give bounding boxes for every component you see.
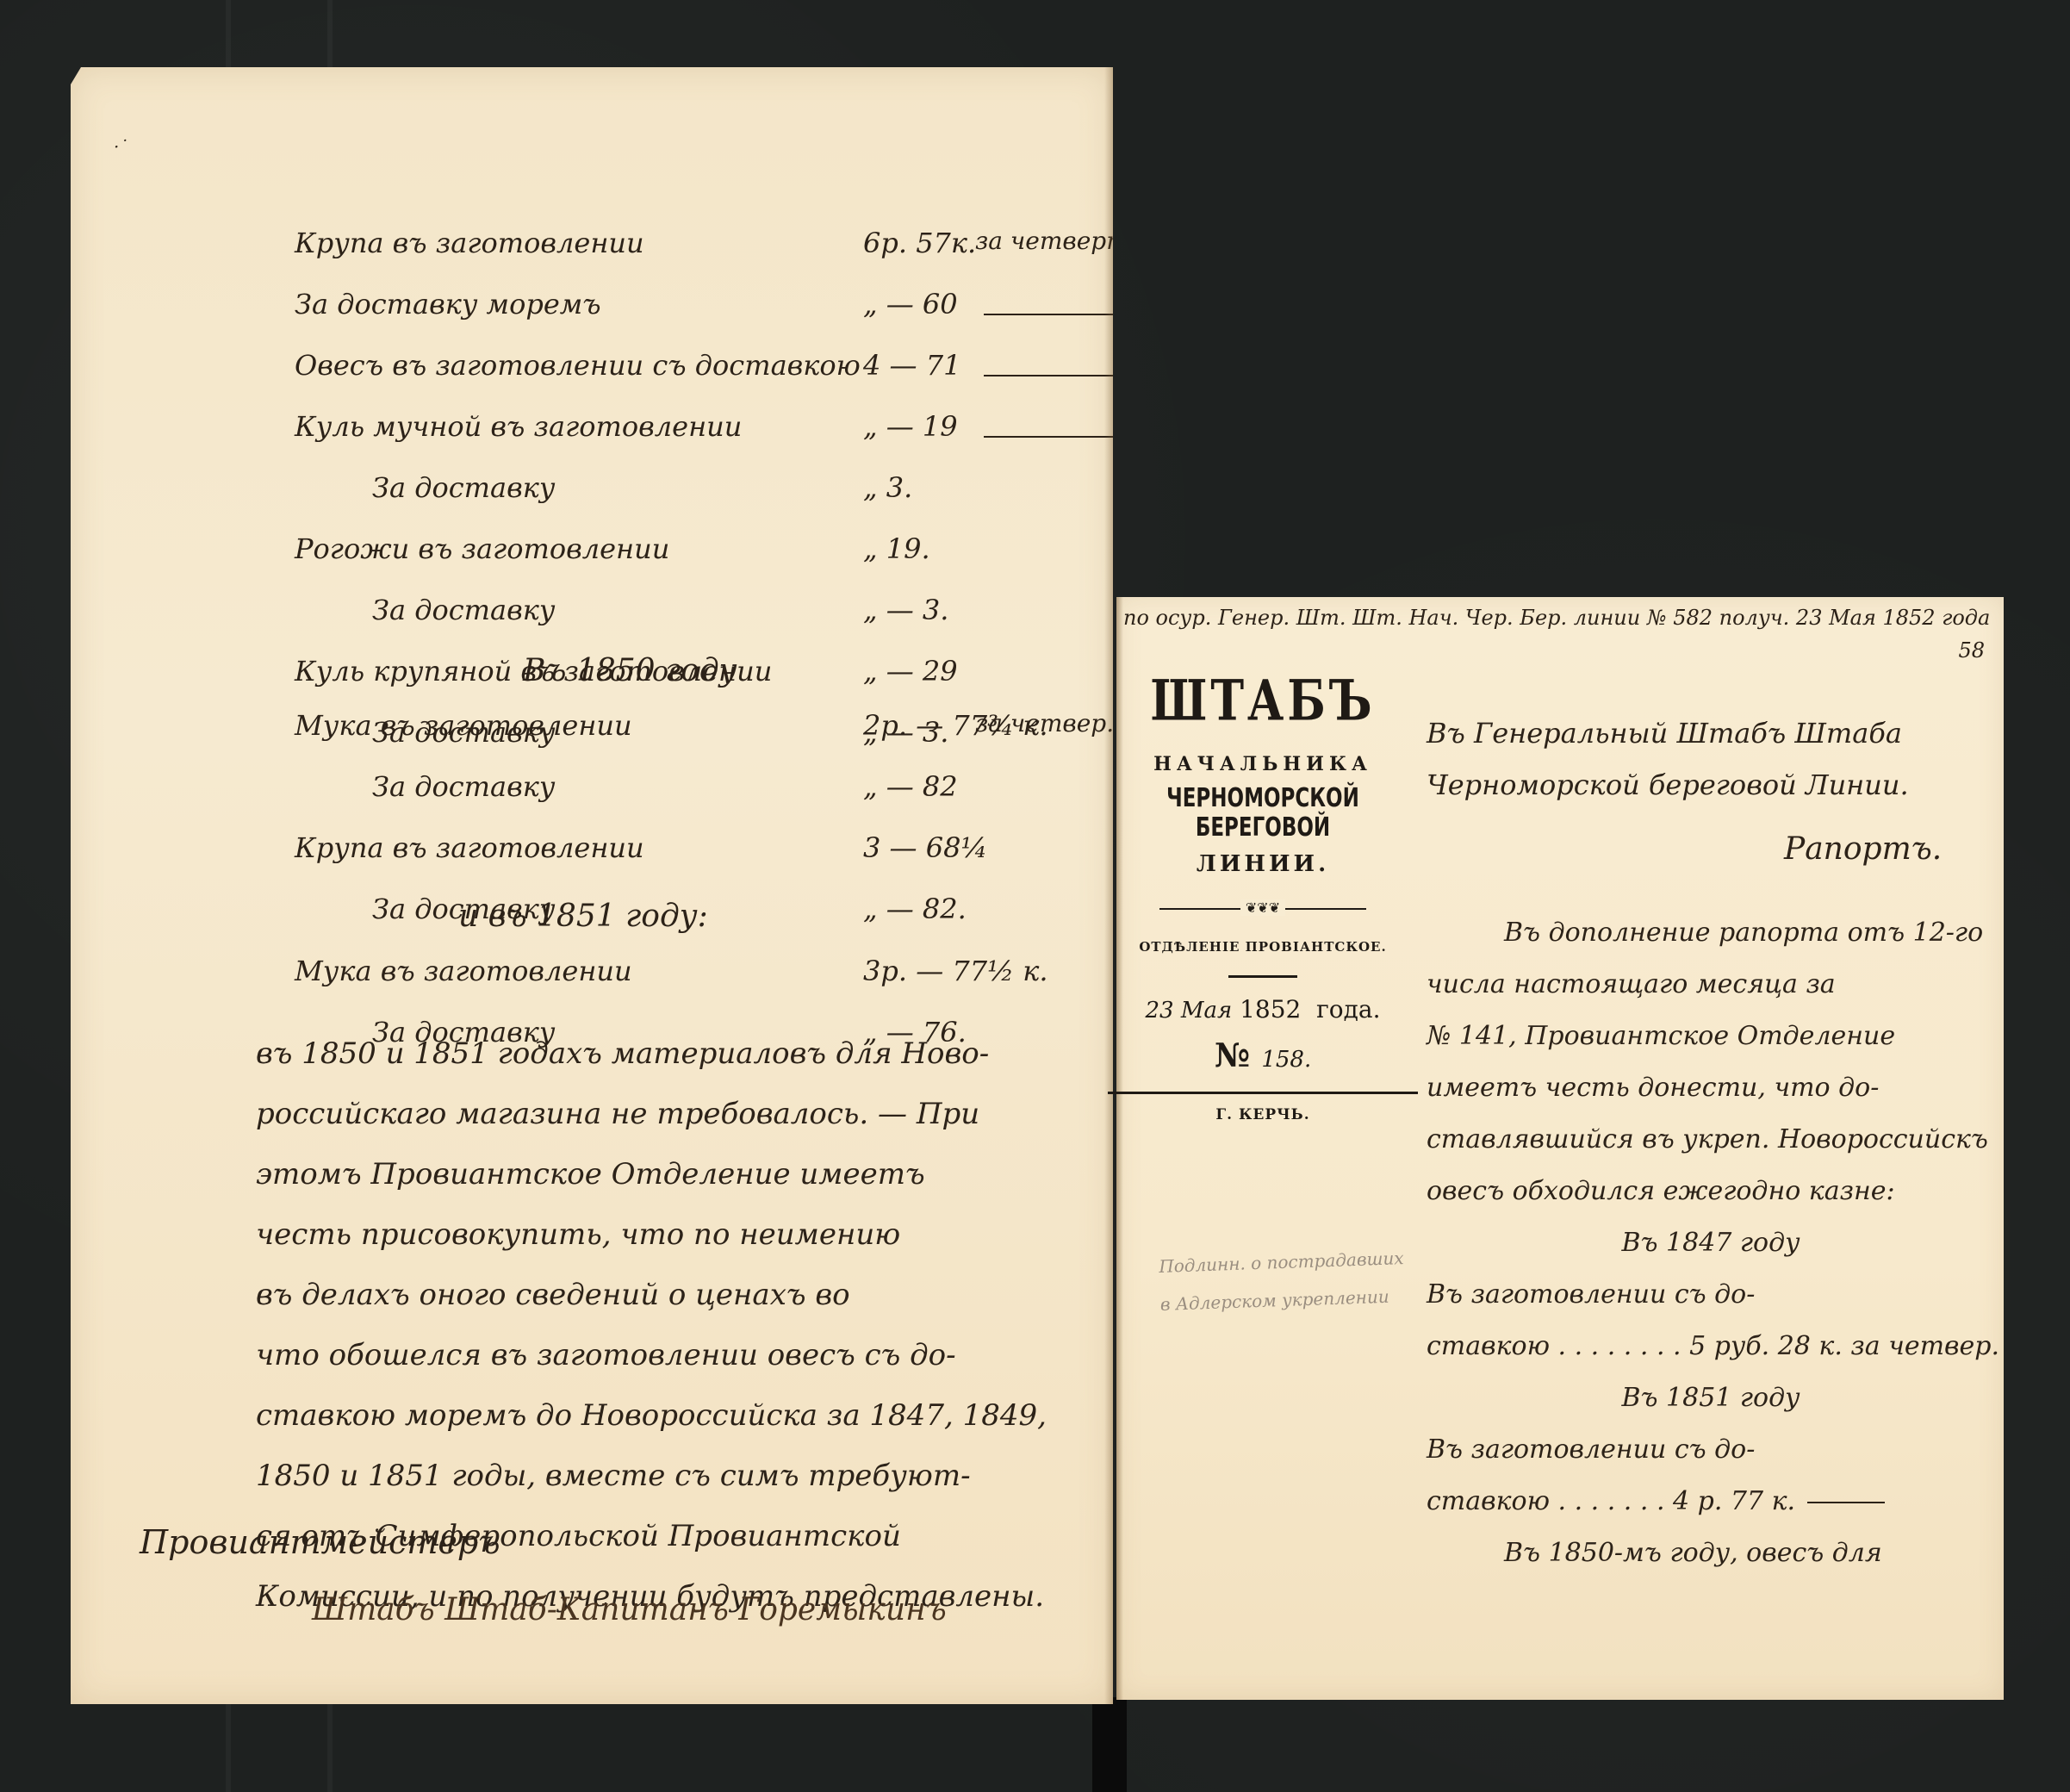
item-price: 6р. 57к. <box>863 227 976 259</box>
left-page: ·˙ Крупа въ заготовлении6р. 57к.за четве… <box>71 67 1113 1704</box>
item-label: Куль мучной въ заготовлении <box>295 410 742 443</box>
body-line-text: ставкою . . . . . . . 4 р. 77 к. <box>1427 1486 1795 1516</box>
item-price: „ — 82 <box>863 770 958 803</box>
paragraph-line: честь присовокупить, что по неимению <box>256 1204 1117 1265</box>
item-price: 3 — 68¼ <box>863 831 987 864</box>
body-line: Въ дополнение рапорта отъ 12-го <box>1427 907 1995 959</box>
body-line-text: ставкою . . . . . . . . 5 руб. 28 к. за … <box>1427 1331 1999 1361</box>
heading-1851: и въ 1851 году: <box>458 899 708 934</box>
pencil-note-line: в Адлерском укреплении <box>1159 1277 1406 1323</box>
body-line: Въ 1851 году <box>1427 1372 1995 1424</box>
document-type: Рапортъ. <box>1784 831 1942 867</box>
item-label: За доставку моремъ <box>295 288 601 320</box>
divider <box>1228 975 1297 978</box>
body-line: ставкою . . . . . . . . 5 руб. 28 к. за … <box>1427 1321 1995 1372</box>
item-label: За доставку <box>372 594 555 626</box>
item-price: 3р. — 77½ к. <box>863 955 1048 987</box>
letterhead-line-3: ЛИНИИ. <box>1134 851 1392 877</box>
price-row: Крупа въ заготовлении6р. 57к.за четверть <box>295 227 1156 270</box>
fill-line <box>984 375 1173 376</box>
item-price: 4 — 71 <box>863 349 960 382</box>
body-line: ставкою . . . . . . . 4 р. 77 к. <box>1427 1476 1995 1528</box>
letterhead-line-1: НАЧАЛЬНИКА <box>1134 753 1392 775</box>
item-price: „ — 82. <box>863 893 967 925</box>
number-sign: № <box>1215 1036 1250 1074</box>
body-line-text: Въ дополнение рапорта отъ 12-го <box>1504 918 1983 948</box>
body-line-text: числа настоящаго месяца за <box>1427 969 1836 999</box>
item-label: За доставку <box>372 770 555 803</box>
ornament-icon: ❦❦❦ <box>1240 899 1285 916</box>
price-row: Крупа въ заготовлении3 — 68¼ <box>295 831 1156 874</box>
ornament-divider: ❦❦❦ <box>1159 903 1366 915</box>
binding-gap <box>1092 1697 1127 1792</box>
signature: Штабъ Штаб-Капитанъ Горемыкинъ <box>312 1592 947 1627</box>
price-row: Рогожи въ заготовлении„ 19. <box>295 532 1156 576</box>
right-body-text: Въ дополнение рапорта отъ 12-гочисла нас… <box>1427 907 1995 1579</box>
item-unit: за четвер. <box>975 709 1114 737</box>
paragraph-line: что обошелся въ заготовлении овесъ съ до… <box>256 1325 1117 1385</box>
item-label: Мука въ заготовлении <box>295 709 632 742</box>
paragraph-line: въ делахъ оного сведений о ценахъ во <box>256 1265 1117 1325</box>
item-price: „ 3. <box>863 471 912 504</box>
addressee-line: Черноморской береговой Линии. <box>1427 759 1909 811</box>
body-line-text: № 141, Провиантское Отделение <box>1427 1021 1895 1051</box>
fill-line <box>984 314 1173 315</box>
letterhead-title: ШТАБЪ <box>1134 668 1392 733</box>
registration-note: по осур. Генер. Шт. Шт. Нач. Чер. Бер. л… <box>1123 606 1990 630</box>
item-label: Рогожи въ заготовлении <box>295 532 669 565</box>
paragraph-line: этомъ Провиантское Отделение имеетъ <box>256 1144 1117 1204</box>
heading-1850: Въ 1850 году <box>523 653 737 688</box>
paragraph-line: 1850 и 1851 годы, вместе съ симъ требуют… <box>256 1446 1117 1506</box>
fill-line <box>1807 1502 1885 1503</box>
paragraph-line: въ 1850 и 1851 годахъ материаловъ для Но… <box>256 1024 1117 1084</box>
date-day-month: 23 Мая <box>1145 998 1232 1024</box>
date-suffix: года. <box>1316 995 1380 1024</box>
price-row: Мука въ заготовлении2р. — 77¾ к.за четве… <box>295 709 1156 752</box>
letterhead: ШТАБЪ НАЧАЛЬНИКА ЧЕРНОМОРСКОЙ БЕРЕГОВОЙ … <box>1134 666 1392 1123</box>
date-year: 1852 <box>1240 995 1301 1024</box>
item-label: Овесъ въ заготовлении съ доставкою <box>295 349 861 382</box>
body-line: Въ заготовлении съ до- <box>1427 1424 1995 1476</box>
price-row: Мука въ заготовлении3р. — 77½ к. <box>295 955 1156 998</box>
city: Г. КЕРЧЬ. <box>1134 1106 1392 1123</box>
item-price: „ — 19 <box>863 410 958 443</box>
body-line: имеетъ честь донести, что до- <box>1427 1062 1995 1114</box>
item-price: „ — 29 <box>863 655 958 688</box>
item-price: „ — 60 <box>863 288 958 320</box>
body-line-text: Въ 1850-мъ году, овесъ для <box>1504 1538 1882 1568</box>
price-row: За доставку„ — 82 <box>295 770 1156 813</box>
body-line: Въ 1850-мъ году, овесъ для <box>1427 1528 1995 1579</box>
fill-line <box>984 436 1173 438</box>
body-line: Въ 1847 году <box>1427 1217 1995 1269</box>
body-line-text: имеетъ честь донести, что до- <box>1427 1073 1879 1103</box>
document-date: 23 Мая 1852 года. <box>1134 995 1392 1024</box>
letterhead-line-2: ЧЕРНОМОРСКОЙ БЕРЕГОВОЙ <box>1134 784 1392 843</box>
price-row: За доставку моремъ„ — 60 <box>295 288 1156 331</box>
paragraph-line: российскаго магазина не требовалось. — П… <box>256 1084 1117 1144</box>
item-unit: за четверть <box>975 227 1142 255</box>
item-label: Мука въ заготовлении <box>295 955 632 987</box>
price-row: За доставку„ — 3. <box>295 594 1156 637</box>
number-value: 158. <box>1261 1047 1311 1073</box>
body-line: Въ заготовлении съ до- <box>1427 1269 1995 1321</box>
item-label: За доставку <box>372 471 555 504</box>
body-line-text: Въ заготовлении съ до- <box>1427 1434 1755 1465</box>
body-line: ставлявшийся въ укреп. Новороссийскъ <box>1427 1114 1995 1166</box>
price-row: Куль мучной въ заготовлении„ — 19 <box>295 410 1156 453</box>
signature-title: Провиантмейстеръ <box>140 1523 500 1561</box>
body-line-text: Въ заготовлении съ до- <box>1427 1279 1755 1310</box>
price-row: За доставку„ 3. <box>295 471 1156 514</box>
paragraph-line: ставкою моремъ до Новороссийска за 1847,… <box>256 1385 1117 1446</box>
item-label: Крупа въ заготовлении <box>295 831 644 864</box>
body-line: числа настоящаго месяца за <box>1427 959 1995 1011</box>
document-number: № 158. <box>1134 1036 1392 1074</box>
body-line-text: Въ 1851 году <box>1621 1383 1800 1413</box>
stain-mark: ·˙ <box>114 136 127 157</box>
folio-number: 58 <box>1958 638 1985 663</box>
addressee-line: Въ Генеральный Штабъ Штаба <box>1427 707 1909 759</box>
body-line-text: овесъ обходился ежегодно казне: <box>1427 1176 1895 1206</box>
department-name: ОТДѢЛЕНIЕ ПРОВIАНТСКОЕ. <box>1134 939 1392 955</box>
body-line: овесъ обходился ежегодно казне: <box>1427 1166 1995 1217</box>
addressee: Въ Генеральный Штабъ Штаба Черноморской … <box>1427 707 1909 811</box>
item-price: „ — 3. <box>863 594 948 626</box>
item-label: Крупа въ заготовлении <box>295 227 644 259</box>
body-line-text: Въ 1847 году <box>1621 1228 1800 1258</box>
pencil-marginal-note: Подлинн. о пострадавших в Адлерском укре… <box>1159 1239 1406 1323</box>
divider <box>1108 1092 1418 1094</box>
body-line: № 141, Провиантское Отделение <box>1427 1011 1995 1062</box>
price-row: Овесъ въ заготовлении съ доставкою4 — 71 <box>295 349 1156 392</box>
item-price: „ 19. <box>863 532 930 565</box>
right-page: по осур. Генер. Шт. Шт. Нач. Чер. Бер. л… <box>1116 597 2004 1700</box>
price-row: За доставку„ — 82. <box>295 893 1156 936</box>
body-line-text: ставлявшийся въ укреп. Новороссийскъ <box>1427 1124 1988 1154</box>
